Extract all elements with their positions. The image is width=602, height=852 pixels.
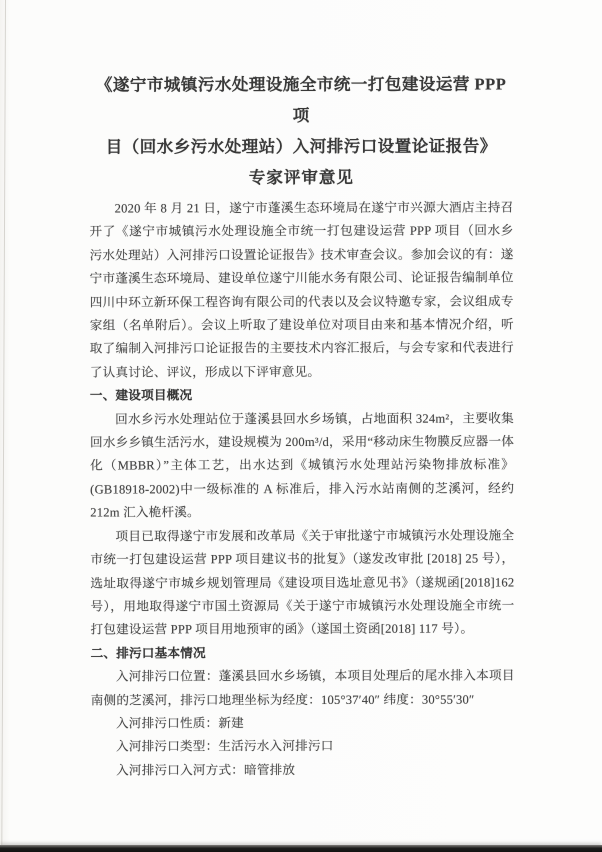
intro-paragraph: 2020 年 8 月 21 日，遂宁市蓬溪生态环境局在遂宁市兴源大酒店主持召开了…: [89, 196, 513, 384]
document-body: 《遂宁市城镇污水处理设施全市统一打包建设运营 PPP 项目（回水乡污水处理站）入…: [89, 68, 515, 782]
document-title: 《遂宁市城镇污水处理设施全市统一打包建设运营 PPP 项目（回水乡污水处理站）入…: [89, 68, 513, 162]
section-1-paragraph-overview: 回水乡污水处理站位于蓬溪县回水乡场镇，占地面积 324m²，主要收集回水乡乡镇生…: [90, 407, 514, 525]
outlet-location-line: 入河排污口位置：蓬溪县回水乡场镇，本项目处理后的尾水排入本项目南侧的芝溪河，排污…: [91, 665, 515, 713]
outlet-method-line: 入河排污口入河方式：暗管排放: [91, 758, 515, 783]
document-text: 2020 年 8 月 21 日，遂宁市蓬溪生态环境局在遂宁市兴源大酒店主持召开了…: [89, 196, 515, 782]
section-1-paragraph-approvals: 项目已取得遂宁市发展和改革局《关于审批遂宁市城镇污水处理设施全市统一打包建设运营…: [90, 524, 514, 642]
page-left-edge-line: [1, 0, 6, 852]
document-title-line-1: 《遂宁市城镇污水处理设施全市统一打包建设运营 PPP 项: [96, 74, 506, 125]
scanned-page: 《遂宁市城镇污水处理设施全市统一打包建设运营 PPP 项目（回水乡污水处理站）入…: [0, 0, 602, 852]
document-title-line-2: 目（回水乡污水处理站）入河排污口设置论证报告》: [106, 136, 497, 156]
outlet-nature-line: 入河排污口性质：新建: [91, 711, 515, 736]
document-subtitle: 专家评审意见: [89, 161, 513, 193]
section-1-heading: 一、建设项目概况: [90, 384, 514, 409]
outlet-type-line: 入河排污口类型：生活污水入河排污口: [91, 735, 515, 760]
section-2-heading: 二、排污口基本情况: [91, 641, 515, 666]
scanner-bottom-edge: [0, 845, 602, 852]
